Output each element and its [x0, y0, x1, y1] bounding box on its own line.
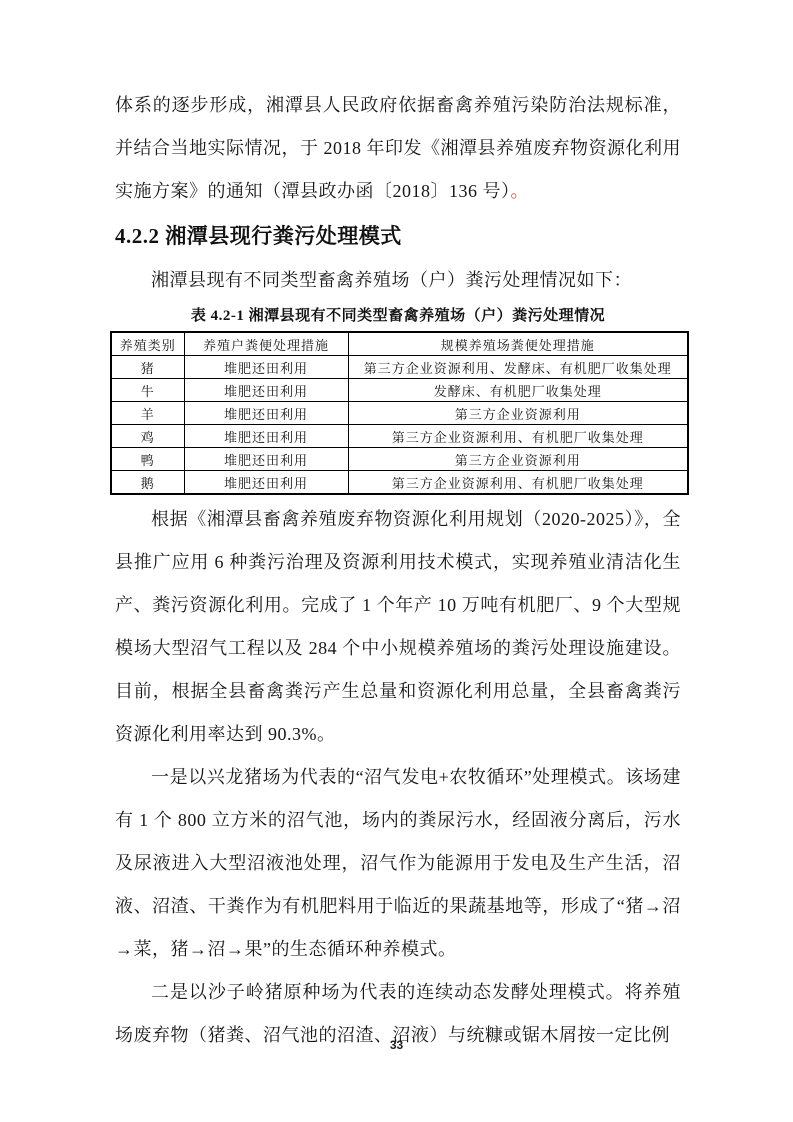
table-cell: 第三方企业资源利用、有机肥厂收集处理	[348, 471, 688, 495]
table-cell: 羊	[111, 402, 184, 425]
table-body: 猪堆肥还田利用第三方企业资源利用、发酵床、有机肥厂收集处理牛堆肥还田利用发酵床、…	[111, 356, 688, 495]
table-row: 鸡堆肥还田利用第三方企业资源利用、有机肥厂收集处理	[111, 425, 688, 448]
table-cell: 第三方企业资源利用、发酵床、有机肥厂收集处理	[348, 356, 688, 379]
body-paragraph-2: 一是以兴龙猪场为代表的“沼气发电+农牧循环”处理模式。该场建有 1 个 800 …	[115, 756, 681, 971]
manure-treatment-table: 养殖类别养殖户粪便处理措施规模养殖场粪便处理措施 猪堆肥还田利用第三方企业资源利…	[110, 331, 689, 495]
table-cell: 堆肥还田利用	[184, 425, 348, 448]
lead-paragraph: 湘潭县现有不同类型畜禽养殖场（户）粪污处理情况如下：	[115, 259, 681, 302]
table-cell: 堆肥还田利用	[184, 471, 348, 495]
table-cell: 鸭	[111, 448, 184, 471]
table-row: 鸭堆肥还田利用第三方企业资源利用	[111, 448, 688, 471]
page-number: 33	[0, 1038, 793, 1052]
table-header-cell: 规模养殖场粪便处理措施	[348, 332, 688, 356]
intro-paragraph: 体系的逐步形成，湘潭县人民政府依据畜禽养殖污染防治法规标准，并结合当地实际情况，…	[115, 84, 681, 213]
body-paragraph-1: 根据《湘潭县畜禽养殖废弃物资源化利用规划（2020-2025）》，全县推广应用 …	[115, 498, 681, 756]
page-content: 体系的逐步形成，湘潭县人民政府依据畜禽养殖污染防治法规标准，并结合当地实际情况，…	[115, 84, 681, 1057]
table-cell: 猪	[111, 356, 184, 379]
table-cell: 堆肥还田利用	[184, 379, 348, 402]
table-cell: 第三方企业资源利用	[348, 448, 688, 471]
table-header-row: 养殖类别养殖户粪便处理措施规模养殖场粪便处理措施	[111, 332, 688, 356]
table-row: 牛堆肥还田利用发酵床、有机肥厂收集处理	[111, 379, 688, 402]
table-cell: 堆肥还田利用	[184, 402, 348, 425]
table-cell: 堆肥还田利用	[184, 448, 348, 471]
table-cell: 鹅	[111, 471, 184, 495]
document-page: 体系的逐步形成，湘潭县人民政府依据畜禽养殖污染防治法规标准，并结合当地实际情况，…	[0, 0, 793, 1122]
table-header-cell: 养殖户粪便处理措施	[184, 332, 348, 356]
section-heading: 4.2.2 湘潭县现行粪污处理模式	[115, 213, 681, 259]
intro-paragraph-text: 体系的逐步形成，湘潭县人民政府依据畜禽养殖污染防治法规标准，并结合当地实际情况，…	[115, 95, 681, 201]
table-cell: 第三方企业资源利用、有机肥厂收集处理	[348, 425, 688, 448]
table-row: 猪堆肥还田利用第三方企业资源利用、发酵床、有机肥厂收集处理	[111, 356, 688, 379]
red-period-mark: 。	[511, 181, 530, 201]
table-row: 鹅堆肥还田利用第三方企业资源利用、有机肥厂收集处理	[111, 471, 688, 495]
table-cell: 堆肥还田利用	[184, 356, 348, 379]
table-cell: 第三方企业资源利用	[348, 402, 688, 425]
table-header-cell: 养殖类别	[111, 332, 184, 356]
table-cell: 发酵床、有机肥厂收集处理	[348, 379, 688, 402]
table-cell: 鸡	[111, 425, 184, 448]
table-caption: 表 4.2-1 湘潭县现有不同类型畜禽养殖场（户）粪污处理情况	[115, 304, 681, 328]
table-row: 羊堆肥还田利用第三方企业资源利用	[111, 402, 688, 425]
table-cell: 牛	[111, 379, 184, 402]
